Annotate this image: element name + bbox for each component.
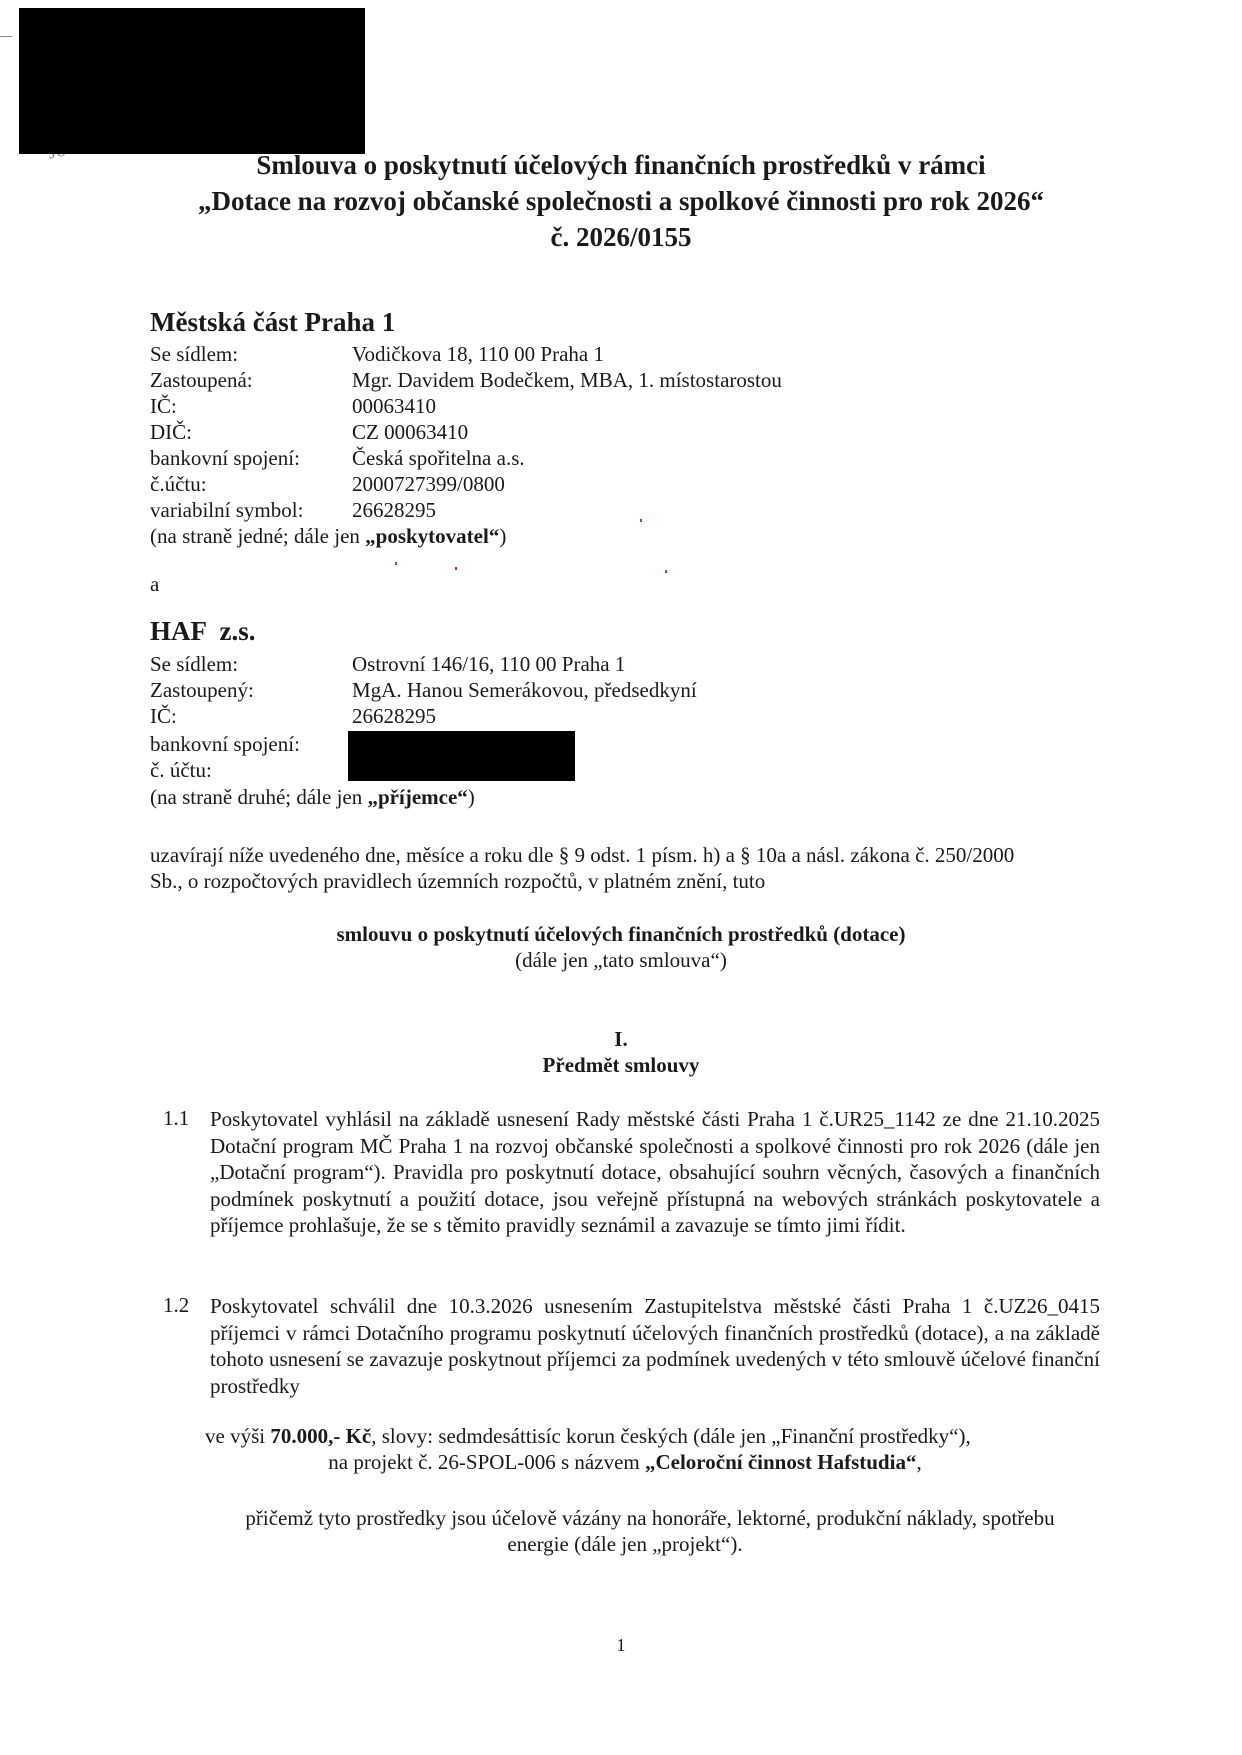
page-number: 1 xyxy=(0,1632,1242,1659)
field-value: 26628295 xyxy=(352,497,436,523)
grant-amount-line: ve výši 70.000,- Kč, slovy: sedmdesáttis… xyxy=(205,1423,971,1450)
intro-line-1: uzavírají níže uvedeného dne, měsíce a r… xyxy=(150,842,1014,869)
clause-number: 1.2 xyxy=(163,1293,189,1318)
field-value: CZ 00063410 xyxy=(352,419,468,445)
field-label: variabilní symbol: xyxy=(150,497,303,523)
field-label: Zastoupená: xyxy=(150,367,253,393)
field-label: IČ: xyxy=(150,393,177,419)
intro-line-2: Sb., o rozpočtových pravidlech územních … xyxy=(150,868,765,895)
field-value: Mgr. Davidem Bodečkem, MBA, 1. místostar… xyxy=(352,367,782,393)
role-suffix: ) xyxy=(499,524,506,548)
field-value: Ostrovní 146/16, 110 00 Praha 1 xyxy=(352,651,625,677)
field-label: Zastoupený: xyxy=(150,677,254,703)
field-label: Se sídlem: xyxy=(150,651,238,677)
scan-speck xyxy=(640,519,642,522)
field-label: IČ: xyxy=(150,703,177,729)
project-prefix: na projekt č. 26-SPOL-006 s názvem xyxy=(328,1450,645,1474)
field-label: Se sídlem: xyxy=(150,341,238,367)
purpose-line-1: přičemž tyto prostředky jsou účelově váz… xyxy=(150,1505,1150,1532)
amount-value: 70.000,- Kč xyxy=(270,1424,371,1448)
document-title-line-2: „Dotace na rozvoj občanské společnosti a… xyxy=(0,184,1242,218)
clause-text: Poskytovatel schválil dne 10.3.2026 usne… xyxy=(210,1293,1100,1399)
field-value: 26628295 xyxy=(352,703,436,729)
field-label: bankovní spojení: xyxy=(150,731,300,757)
clause-number: 1.1 xyxy=(163,1106,189,1131)
project-line: na projekt č. 26-SPOL-006 s názvem „Celo… xyxy=(150,1449,1100,1476)
field-value: 00063410 xyxy=(352,393,436,419)
recipient-name: HAF z.s. xyxy=(150,616,255,647)
contract-subheading: (dále jen „tato smlouva“) xyxy=(0,947,1242,974)
role-suffix: ) xyxy=(468,785,475,809)
field-label: č.účtu: xyxy=(150,471,207,497)
redaction-block-header xyxy=(19,8,365,154)
role-prefix: (na straně jedné; dále jen xyxy=(150,524,365,548)
role-prefix: (na straně druhé; dále jen xyxy=(150,785,368,809)
scan-speck xyxy=(395,562,397,565)
field-label: č. účtu: xyxy=(150,757,212,783)
amount-suffix: , slovy: sedmdesáttisíc korun českých (d… xyxy=(371,1424,971,1448)
role-term: „příjemce“ xyxy=(368,785,468,809)
redaction-block-bank-details xyxy=(348,731,575,781)
conjunction-and: a xyxy=(150,571,159,598)
contract-heading: smlouvu o poskytnutí účelových finančníc… xyxy=(0,921,1242,948)
scan-speck xyxy=(665,570,667,573)
section-number: I. xyxy=(0,1026,1242,1053)
document-title-line-1: Smlouva o poskytnutí účelových finančníc… xyxy=(0,148,1242,182)
provider-name: Městská část Praha 1 xyxy=(150,307,395,338)
role-term: „poskytovatel“ xyxy=(365,524,499,548)
scan-mark xyxy=(0,36,12,37)
field-value: Vodičkova 18, 110 00 Praha 1 xyxy=(352,341,604,367)
field-label: bankovní spojení: xyxy=(150,445,300,471)
amount-prefix: ve výši xyxy=(205,1424,270,1448)
clause-text: Poskytovatel vyhlásil na základě usnesen… xyxy=(210,1106,1100,1239)
document-number: č. 2026/0155 xyxy=(0,220,1242,254)
purpose-line-2: energie (dále jen „projekt“). xyxy=(150,1531,1100,1558)
field-value: MgA. Hanou Semerákovou, předsedkyní xyxy=(352,677,697,703)
scan-speck xyxy=(455,567,457,570)
field-value: 2000727399/0800 xyxy=(352,471,505,497)
field-value: Česká spořitelna a.s. xyxy=(352,445,525,471)
project-suffix: , xyxy=(916,1450,921,1474)
field-label: DIČ: xyxy=(150,419,192,445)
role-text: (na straně jedné; dále jen „poskytovatel… xyxy=(150,523,506,549)
project-name: „Celoroční činnost Hafstudia“ xyxy=(645,1450,916,1474)
section-title: Předmět smlouvy xyxy=(0,1052,1242,1079)
role-text: (na straně druhé; dále jen „příjemce“) xyxy=(150,784,475,810)
